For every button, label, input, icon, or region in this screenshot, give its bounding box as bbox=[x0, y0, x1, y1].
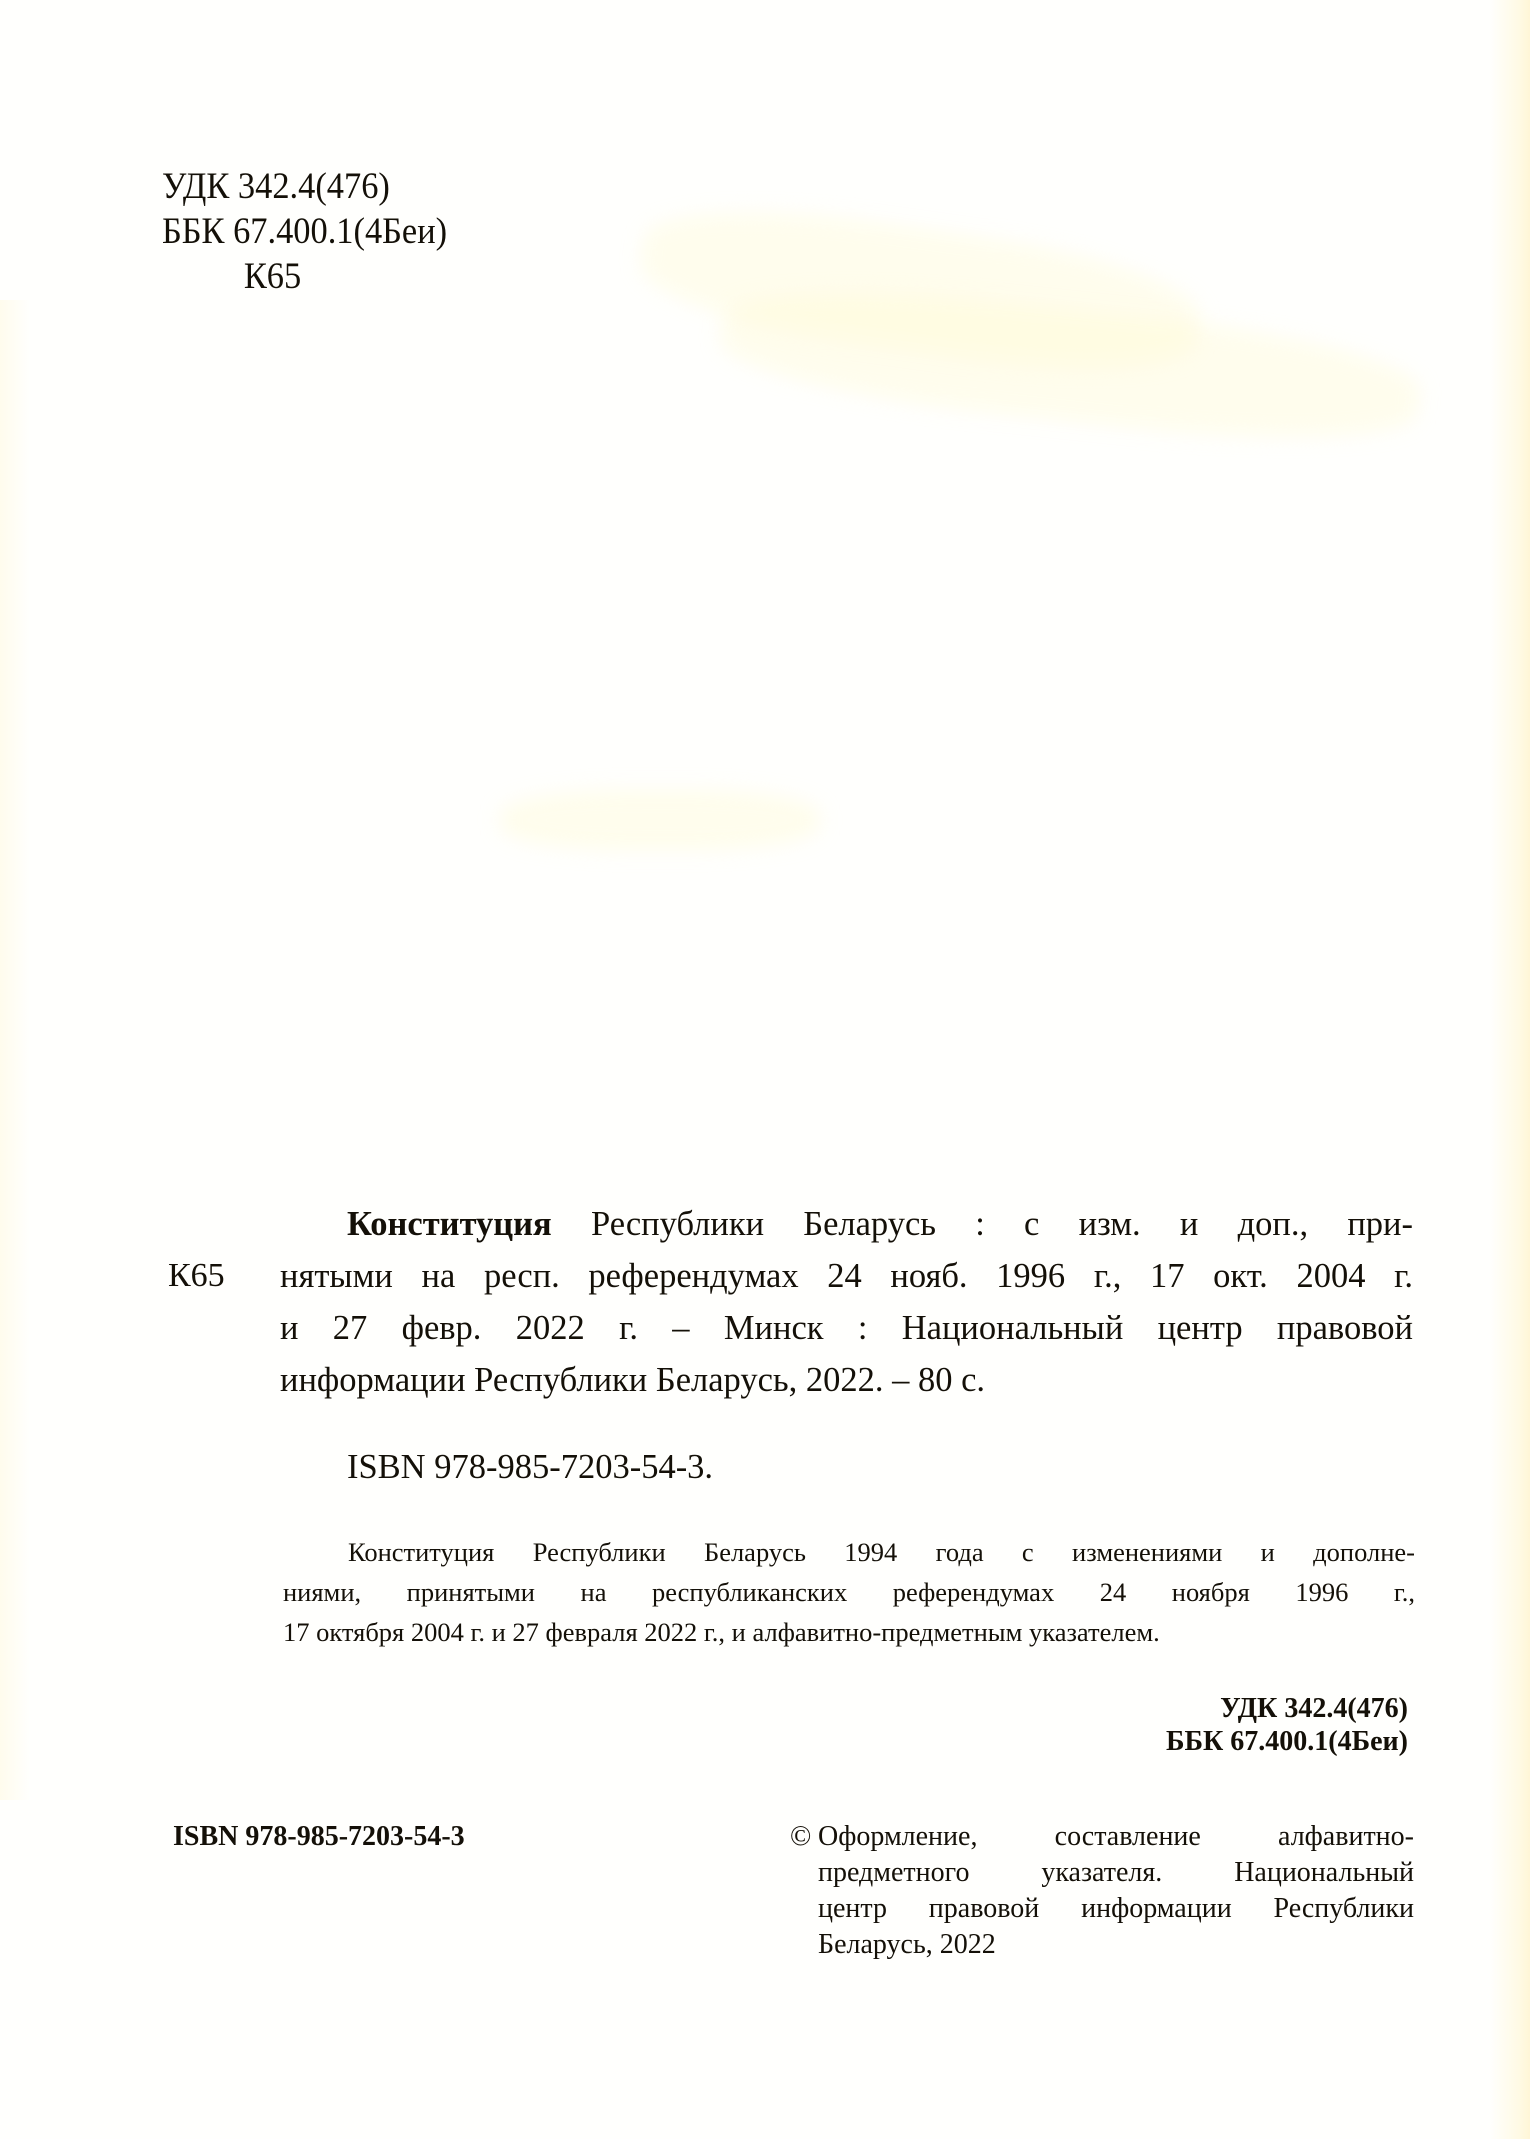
isbn-bold: ISBN 978-985-7203-54-3 bbox=[173, 1820, 465, 1854]
copyright-line-1: Оформление, составление алфавитно- bbox=[818, 1819, 1414, 1855]
entry-isbn: ISBN 978-985-7203-54-3. bbox=[347, 1447, 713, 1487]
annotation-line-1: Конституция Республики Беларусь 1994 год… bbox=[283, 1532, 1415, 1572]
entry-line-1: Конституция Республики Беларусь : с изм.… bbox=[280, 1198, 1413, 1250]
classification-codes-bottom: УДК 342.4(476) ББК 67.400.1(4Беи) bbox=[1166, 1692, 1408, 1758]
copyright-notice: Оформление, составление алфавитно- предм… bbox=[818, 1819, 1414, 1963]
entry-line-3: и 27 февр. 2022 г. – Минск : Национальны… bbox=[280, 1302, 1413, 1354]
copyright-line-3: центр правовой информации Республики bbox=[818, 1891, 1414, 1927]
annotation-line-3: 17 октября 2004 г. и 27 февраля 2022 г.,… bbox=[283, 1612, 1415, 1652]
page-edge-tint-left bbox=[0, 300, 30, 1800]
bleed-through-mark bbox=[500, 790, 820, 850]
entry-author-mark: К65 bbox=[168, 1250, 225, 1302]
copyright-line-4: Беларусь, 2022 bbox=[818, 1927, 1414, 1963]
udc-code: УДК 342.4(476) bbox=[162, 164, 447, 209]
annotation: Конституция Республики Беларусь 1994 год… bbox=[283, 1532, 1415, 1652]
copyright-icon: © bbox=[790, 1819, 811, 1855]
annotation-line-2: ниями, принятыми на республиканских рефе… bbox=[283, 1572, 1415, 1612]
bibliographic-entry: Конституция Республики Беларусь : с изм.… bbox=[280, 1198, 1413, 1406]
bbk-code: ББК 67.400.1(4Беи) bbox=[162, 209, 447, 254]
entry-line-2: нятыми на респ. референдумах 24 нояб. 19… bbox=[280, 1250, 1413, 1302]
udc-code-bold: УДК 342.4(476) bbox=[1166, 1692, 1408, 1725]
author-mark: К65 bbox=[162, 254, 447, 299]
bbk-code-bold: ББК 67.400.1(4Беи) bbox=[1166, 1725, 1408, 1758]
copyright-line-2: предметного указателя. Национальный bbox=[818, 1855, 1414, 1891]
entry-line-4: информации Республики Беларусь, 2022. – … bbox=[280, 1354, 1413, 1406]
page-edge-tint bbox=[1490, 0, 1530, 2139]
entry-title: Конституция bbox=[347, 1205, 552, 1243]
classification-codes-top: УДК 342.4(476) ББК 67.400.1(4Беи) К65 bbox=[162, 164, 447, 299]
